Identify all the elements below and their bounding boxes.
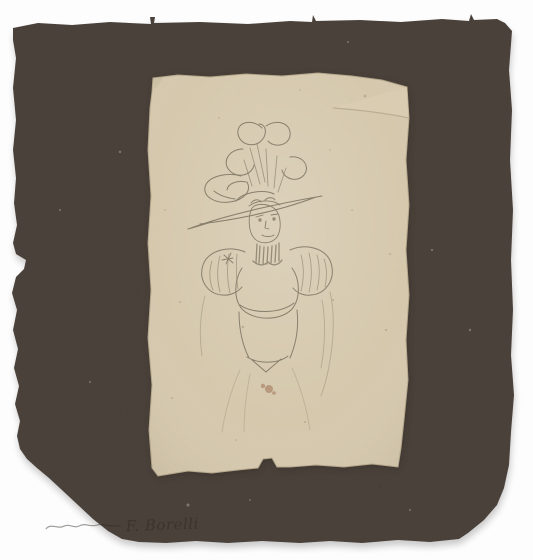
sheet-texture bbox=[145, 70, 415, 480]
left-eye bbox=[258, 218, 261, 221]
drawing-sheet bbox=[145, 70, 415, 480]
artwork-photo: F. Borelli bbox=[0, 0, 533, 560]
artwork-canvas: F. Borelli bbox=[0, 0, 533, 560]
right-eye bbox=[272, 217, 275, 220]
inscription-text: F. Borelli bbox=[124, 515, 199, 536]
